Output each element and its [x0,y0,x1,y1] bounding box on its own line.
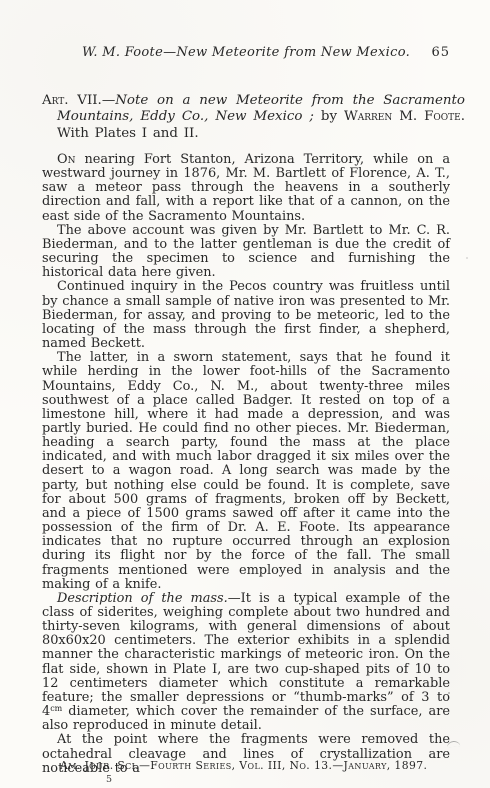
journal-citation-line: Am. Jour. Sci.—Fourth Series, Vol. III, … [60,759,427,772]
scan-speck [466,257,468,259]
paragraph-3: Continued inquiry in the Pecos country w… [42,280,450,351]
plates-note: With Plates I and II. [57,126,199,141]
paragraph-5-lead-italic: Description of the mass. [57,591,228,606]
scan-speck [448,692,450,694]
paragraph-1-lead: On [57,152,75,167]
scan-artifact-mark [447,740,461,747]
paragraph-2-text: The above account was given by Mr. Bartl… [42,223,450,280]
paragraph-4-text: The latter, in a sworn statement, says t… [42,350,450,592]
running-head: W. M. Foote—New Meteorite from New Mexic… [42,45,450,60]
printer-signature-mark: 5 [106,774,112,785]
paragraph-1: On nearing Fort Stanton, Arizona Territo… [42,153,450,224]
paragraph-4: The latter, in a sworn statement, says t… [42,351,450,592]
scanned-journal-page: W. M. Foote—New Meteorite from New Mexic… [0,0,490,788]
article-heading: Art. VII.—Note on a new Meteorite from t… [42,93,465,142]
byline-prefix: by [314,109,344,124]
page-number: 65 [431,45,450,60]
paragraph-5: Description of the mass.—It is a typical… [42,592,450,734]
paragraph-3-text: Continued inquiry in the Pecos country w… [42,279,450,351]
superscript-cm-unit: cm [50,704,62,713]
running-head-title: W. M. Foote—New Meteorite from New Mexic… [82,45,410,60]
paragraph-5-text-b: diameter, which cover the remainder of t… [42,704,450,733]
paragraph-1-text: nearing Fort Stanton, Arizona Territory,… [42,152,450,224]
paragraph-5-text-a: —It is a typical example of the class of… [42,591,450,719]
author-name: Warren M. Foote. [344,109,465,124]
paragraph-2: The above account was given by Mr. Bartl… [42,224,450,281]
article-number-label: Art. VII. [42,93,102,108]
article-body: On nearing Fort Stanton, Arizona Territo… [42,153,450,776]
